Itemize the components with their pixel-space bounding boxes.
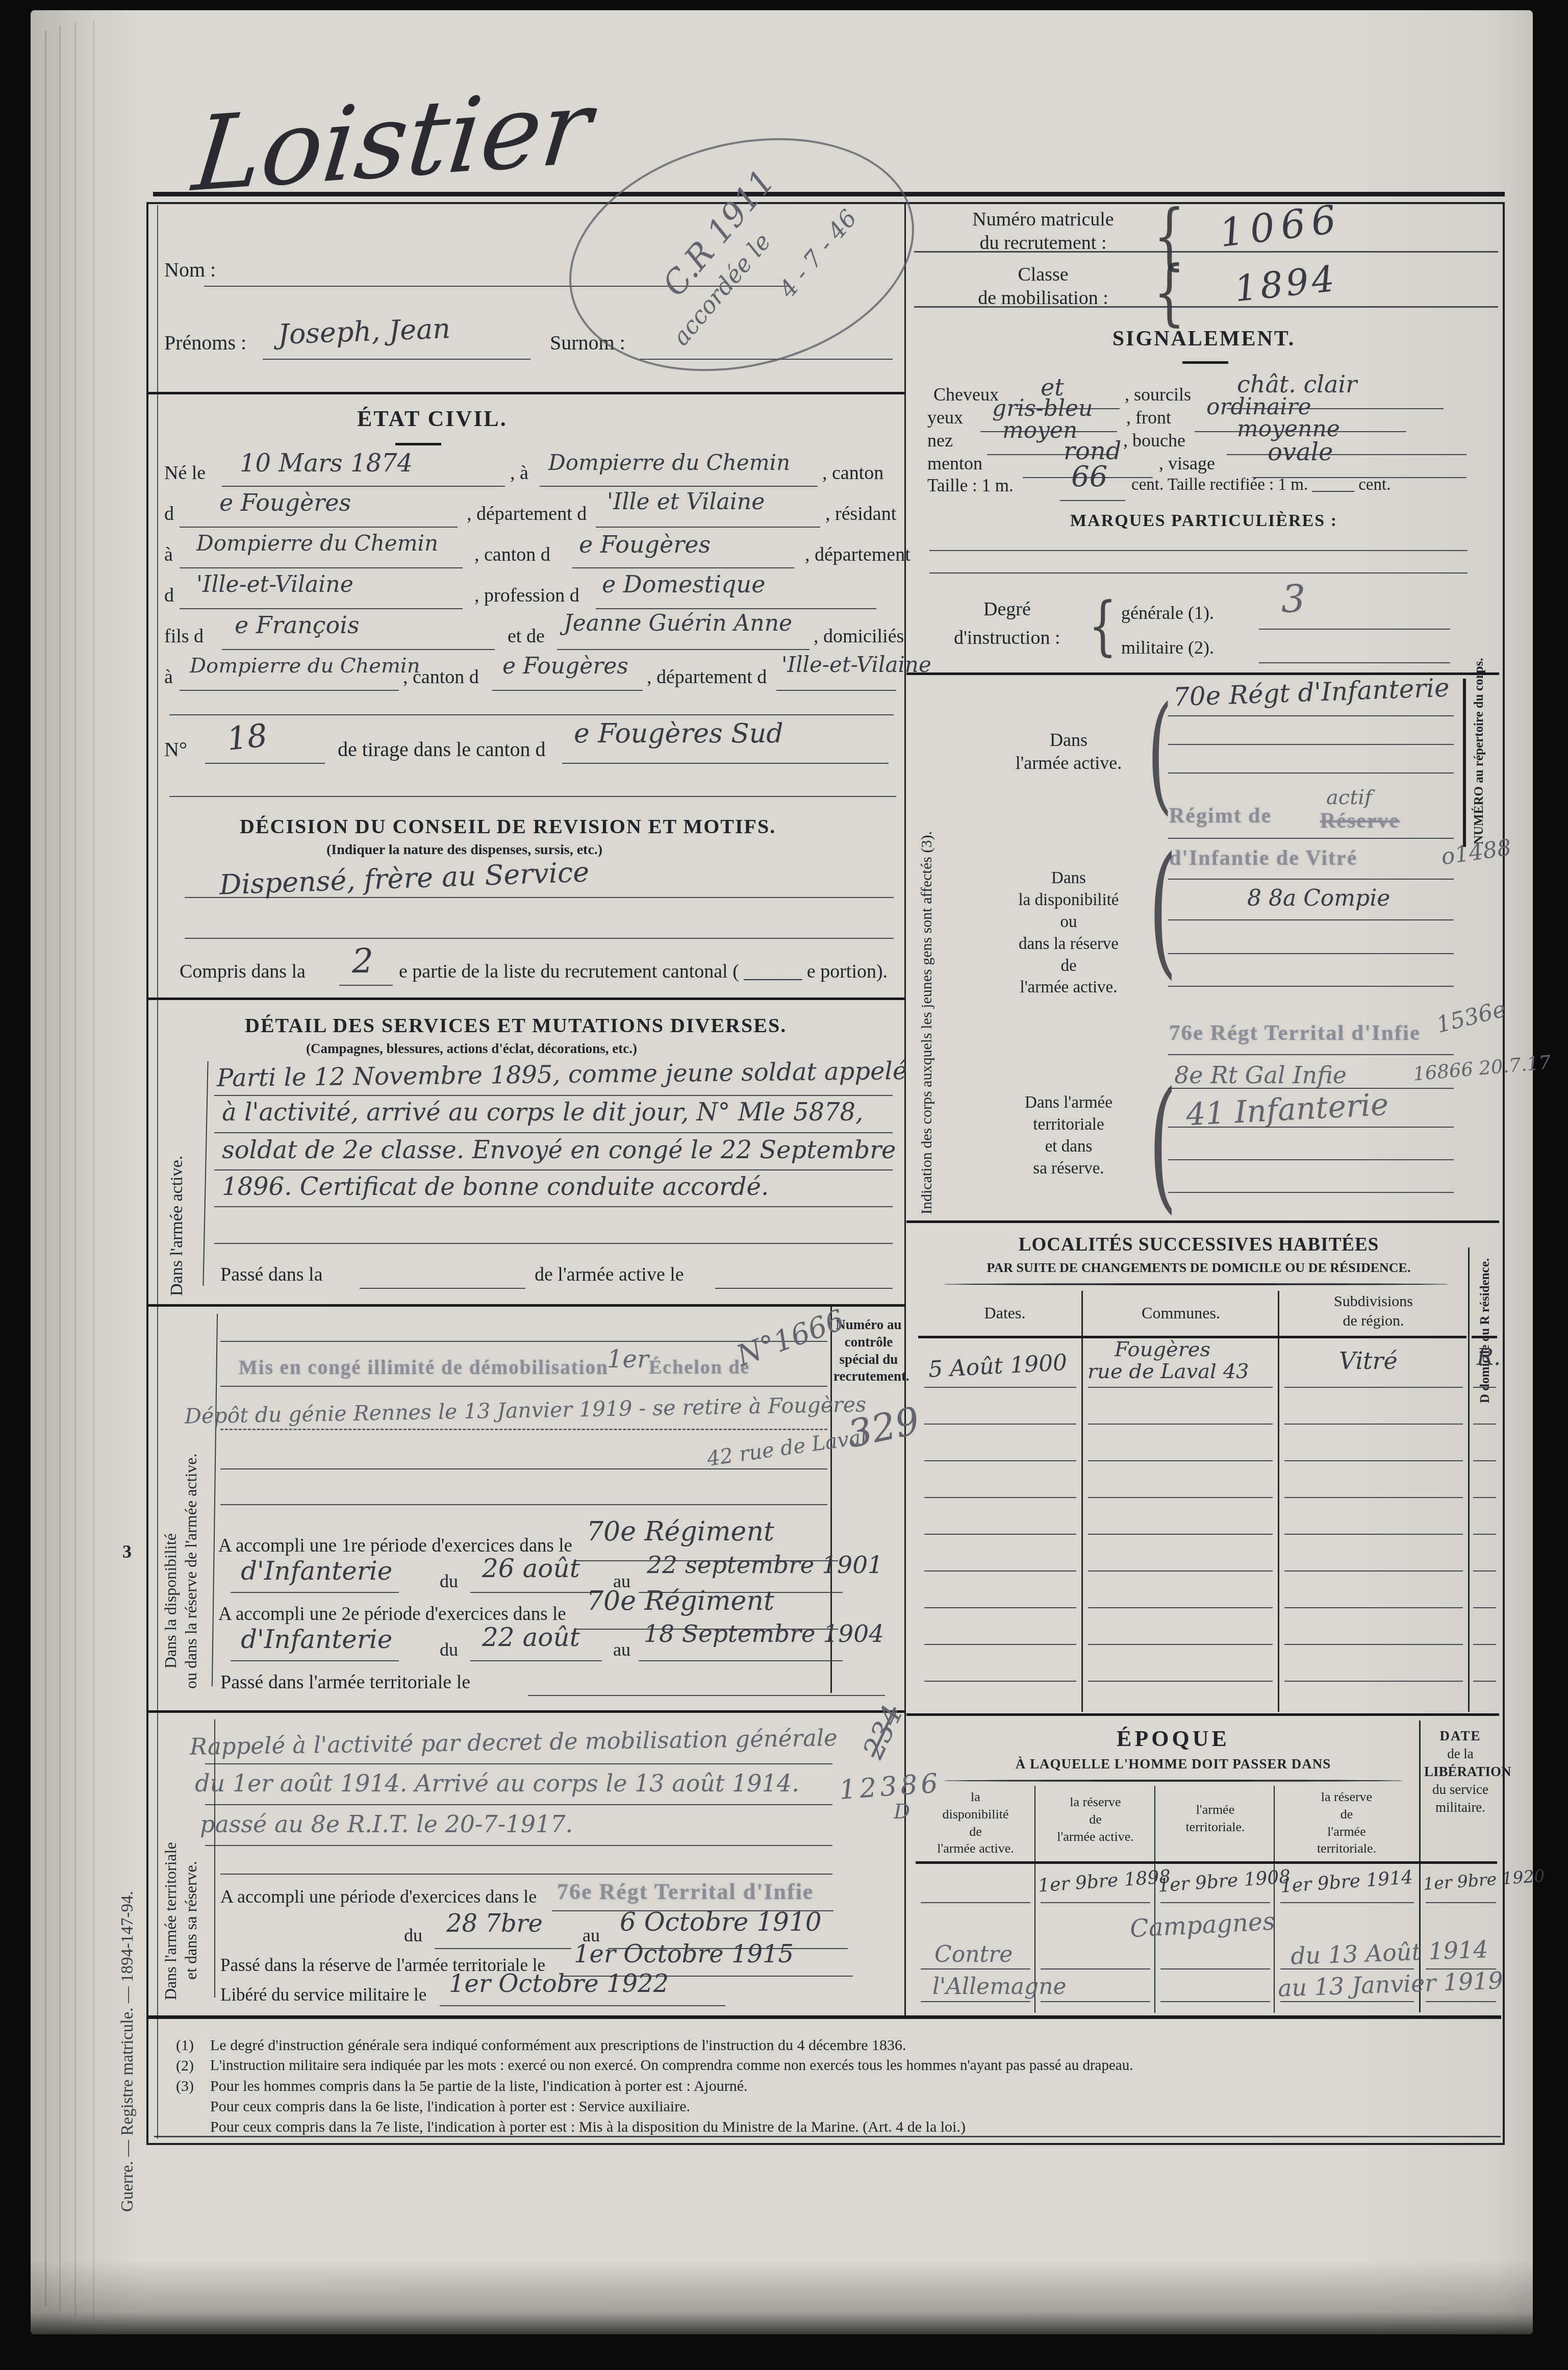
a-label: à xyxy=(164,666,173,688)
services-title: DÉTAIL DES SERVICES ET MUTATIONS DIVERSE… xyxy=(245,1013,787,1037)
rule xyxy=(924,1424,1076,1425)
rule xyxy=(1473,1570,1496,1571)
epoque-c1-l1: la xyxy=(971,1789,980,1804)
corps-dispo-l5: de xyxy=(1060,957,1076,975)
rule xyxy=(1168,1127,1454,1128)
degre-generale-label: générale (1). xyxy=(1121,602,1214,623)
rule xyxy=(180,567,463,568)
subdivisions-header: Subdivisions de région. xyxy=(1283,1292,1464,1330)
departement-value: 'Ille et Vilaine xyxy=(607,489,765,515)
col-line xyxy=(1274,1786,1275,2013)
rule xyxy=(929,572,1468,573)
rule xyxy=(1473,1424,1496,1425)
footnote-marker-2: (2) xyxy=(176,2057,194,2075)
rule xyxy=(1284,1534,1463,1535)
d-label: d xyxy=(164,584,174,607)
rule xyxy=(1088,1424,1273,1425)
periode2-label: A accompli une 2e période d'exercices da… xyxy=(218,1603,566,1625)
rule xyxy=(220,1504,827,1505)
rule xyxy=(1168,772,1454,774)
services-hand-3: soldat de 2e classe. Envoyé en congé le … xyxy=(222,1136,896,1164)
footnote-2: L'instruction militaire sera indiquée pa… xyxy=(210,2057,1133,2074)
corps-dispo-l6: l'armée active. xyxy=(1020,978,1118,996)
rule xyxy=(596,608,876,609)
canton-value: e Fougères xyxy=(502,653,628,679)
header-rule xyxy=(1472,1336,1497,1338)
echelon-hand-value: 1er xyxy=(607,1345,649,1374)
epoque-c2-l2: de xyxy=(1089,1812,1102,1827)
rule xyxy=(1280,1968,1414,1969)
rule xyxy=(1168,953,1454,954)
rule xyxy=(1284,1644,1463,1645)
corps-active-label-1: Dans xyxy=(1050,730,1088,750)
tirage-canton-label: de tirage dans le canton d xyxy=(338,737,546,761)
periode1-regiment-value: 70e Régiment xyxy=(587,1516,774,1547)
compris-label-2: e partie de la liste du recrutement cant… xyxy=(399,960,888,983)
inner-left-line xyxy=(157,205,158,2139)
rule xyxy=(222,649,495,650)
cheveux-label: Cheveux xyxy=(933,384,999,405)
rule xyxy=(929,550,1468,551)
subdivisions-header-2: de région. xyxy=(1343,1312,1404,1329)
compris-value: 2 xyxy=(352,941,373,981)
epoque-date-h4: du service xyxy=(1432,1782,1488,1797)
corps-active-brace: ( xyxy=(1147,679,1172,827)
footnote-3: Pour les hommes compris dans la 5e parti… xyxy=(210,2078,748,2095)
rule xyxy=(1168,1159,1454,1160)
rule xyxy=(924,1534,1076,1535)
numero-tirage-label: N° xyxy=(164,737,187,761)
epoque-col3-header: l'armée territoriale. xyxy=(1158,1801,1273,1836)
rule xyxy=(1160,2001,1270,2002)
rule xyxy=(1284,1570,1463,1571)
marques-label: MARQUES PARTICULIÈRES : xyxy=(1041,511,1367,531)
epoque-c2-l1: la réserve xyxy=(1070,1794,1121,1809)
rule xyxy=(924,1607,1076,1608)
rule xyxy=(1160,1968,1270,1969)
rule xyxy=(540,486,818,487)
corps-dispo-l4: dans la réserve xyxy=(1019,935,1119,953)
sourcils-label: , sourcils xyxy=(1125,384,1191,405)
rule xyxy=(1168,1054,1454,1055)
domicile-residence-header: D domicile ou R résidence. xyxy=(1478,1250,1493,1403)
rule xyxy=(205,1845,832,1846)
scanned-register-page: Guerre. — Registre matricule. — 1894-147… xyxy=(0,0,1568,2370)
rule xyxy=(1168,986,1454,987)
section-divider xyxy=(906,1220,1499,1223)
col-line xyxy=(1081,1291,1083,1712)
rule xyxy=(205,1763,832,1764)
regiment-reserve-stamp-1: Régimt de xyxy=(1169,804,1272,828)
arrive-corps-hand: du 1er août 1914. Arrivé au corps le 13 … xyxy=(195,1769,799,1797)
margin-bracket xyxy=(214,1719,215,1998)
epoque-date-h3: LIBÉRATION xyxy=(1424,1764,1511,1779)
services-hand-2: à l'activité, arrivé au corps le dit jou… xyxy=(222,1098,863,1127)
epoque-col1-header: la disponibilité de l'armée active. xyxy=(918,1788,1033,1857)
matricule-label: Numéro matricule du recrutement : xyxy=(944,208,1143,255)
rule xyxy=(470,1660,602,1661)
rule xyxy=(1426,1902,1496,1903)
passe-8rit-hand: passé au 8e R.I.T. le 20-7-1917. xyxy=(200,1810,573,1838)
dates-header: Dates. xyxy=(933,1304,1076,1323)
degre-militaire-label: militaire (2). xyxy=(1121,637,1214,658)
rule xyxy=(1168,879,1454,880)
rule xyxy=(921,1902,1030,1903)
localites-title: LOCALITÉS SUCCESSIVES HABITÉES xyxy=(984,1234,1413,1256)
passe-territoriale-label: Passé dans l'armée territoriale le xyxy=(220,1671,470,1693)
decision-title: DÉCISION DU CONSEIL DE REVISION ET MOTIF… xyxy=(240,814,776,838)
rule xyxy=(1041,1968,1150,1969)
epoque-c3-l2: territoriale. xyxy=(1185,1819,1245,1834)
menton-label: menton xyxy=(927,453,982,474)
epoque-c4-l3: l'armée xyxy=(1327,1824,1365,1839)
rule xyxy=(1473,1681,1496,1682)
yeux-label: yeux xyxy=(927,407,963,428)
rule xyxy=(1473,1387,1496,1388)
periode-terr-au-value: 6 Octobre 1910 xyxy=(620,1907,822,1937)
footnote-1: Le degré d'instruction générale sera ind… xyxy=(210,2037,906,2054)
epoque-title: ÉPOQUE xyxy=(1020,1726,1326,1752)
rule xyxy=(1473,1497,1496,1498)
rule xyxy=(220,1468,827,1469)
corps-dispo-l2: la disponibilité xyxy=(1018,891,1119,909)
spine-caption: Guerre. — Registre matricule. — 1894-147… xyxy=(118,1569,137,2212)
corps-terr-l1: Dans l'armée xyxy=(1025,1093,1112,1112)
etat-civil-title: ÉTAT CIVIL. xyxy=(357,406,508,432)
rule xyxy=(222,486,505,487)
rule xyxy=(924,1681,1076,1682)
periode2-regiment-value: 70e Régiment xyxy=(587,1586,774,1616)
campagne-contre-hand: Contre xyxy=(934,1941,1013,1967)
campagne-allemagne-hand: l'Allemagne xyxy=(932,1974,1067,2000)
periode2-au-value: 18 Septembre 1904 xyxy=(644,1620,884,1648)
regiment-territorial-stamp: 76e Régt Territal d'Infie xyxy=(1169,1020,1421,1045)
armee-active-le-label: de l'armée active le xyxy=(535,1263,684,1286)
rule xyxy=(263,359,530,360)
page-edge-line xyxy=(93,20,94,2319)
header-curve xyxy=(944,1780,1403,1782)
epoque-c1-l4: l'armée active. xyxy=(937,1841,1014,1856)
rule xyxy=(1041,1902,1150,1903)
rule xyxy=(924,1570,1076,1571)
nom-label: Nom : xyxy=(164,258,216,282)
rule xyxy=(180,608,463,609)
classe-label: Classe de mobilisation : xyxy=(944,263,1143,310)
father-value: e François xyxy=(235,611,360,639)
divider xyxy=(914,251,1498,253)
section-divider xyxy=(148,1710,904,1713)
col-line xyxy=(1419,1720,1421,2012)
rule xyxy=(1168,919,1454,920)
actif-hand-over: actif xyxy=(1326,786,1372,809)
classe-brace: { xyxy=(1153,251,1185,334)
periode2-infanterie-value: d'Infanterie xyxy=(241,1625,392,1654)
au-label: au xyxy=(613,1639,630,1660)
rule xyxy=(1284,1460,1463,1461)
bouche-label: , bouche xyxy=(1123,430,1185,451)
epoque-date-h2: de la xyxy=(1447,1746,1474,1761)
rule xyxy=(1284,1424,1463,1425)
residence-value: Dompierre du Chemin xyxy=(196,531,438,556)
compris-label: Compris dans la xyxy=(180,960,306,983)
periode1-au-value: 22 septembre 1901 xyxy=(647,1551,883,1579)
numero-corps-line xyxy=(1463,679,1466,847)
side-label-armee-active: Dans l'armée active. xyxy=(167,1082,187,1296)
periode-terr-du-value: 28 7bre xyxy=(446,1909,543,1938)
epoque-col2-header: la réserve de l'armée active. xyxy=(1038,1793,1153,1845)
rule xyxy=(1168,1192,1454,1193)
de-label: d xyxy=(164,503,174,525)
corps-terr-l4: sa réserve. xyxy=(1033,1159,1104,1178)
rule xyxy=(440,2005,725,2006)
rule xyxy=(562,763,889,764)
full-width-rule xyxy=(148,2015,1501,2019)
reserve-struck-stamp: Réserve xyxy=(1320,809,1400,833)
rule xyxy=(1088,1387,1273,1388)
epoque-c4-l2: de xyxy=(1341,1807,1353,1822)
corps-dispo-brace: ( xyxy=(1149,827,1177,993)
rule xyxy=(1168,838,1454,839)
decision-subtitle: (Indiquer la nature des dispenses, sursi… xyxy=(326,842,602,858)
epoque-date-h5: militaire. xyxy=(1435,1800,1485,1815)
rule xyxy=(572,567,794,568)
canton-value: e Fougères xyxy=(219,489,351,516)
rule xyxy=(1473,1644,1496,1645)
footnote-marker-3: (3) xyxy=(176,2078,194,2095)
header-rule xyxy=(916,1861,1497,1864)
taille-value: 66 xyxy=(1071,460,1107,493)
inner-bottom-line xyxy=(154,2136,1501,2137)
subdivisions-header-1: Subdivisions xyxy=(1334,1293,1413,1310)
du-label: du xyxy=(404,1925,422,1946)
title-tilde xyxy=(395,443,441,445)
et-de-label: et de xyxy=(508,625,545,647)
rule xyxy=(596,527,820,528)
col-line xyxy=(1154,1786,1155,2013)
degre-label-2: d'instruction : xyxy=(954,627,1060,649)
demobilisation-stamp: Mis en congé illimité de démobilisation xyxy=(239,1356,609,1379)
rule xyxy=(492,690,643,691)
side-label-dispo-2: ou dans la réserve de l'armée active. xyxy=(182,1332,200,1689)
page-edge-line xyxy=(74,23,76,2316)
epoque-subtitle: À LAQUELLE L'HOMME DOIT PASSER DANS xyxy=(944,1756,1403,1772)
fils-de-label: fils d xyxy=(164,625,204,647)
rule xyxy=(205,763,325,764)
column-divider xyxy=(904,204,906,2018)
rule xyxy=(1088,1607,1273,1608)
rule xyxy=(924,1644,1076,1645)
footnote-5: Pour ceux compris dans la 7e liste, l'in… xyxy=(210,2118,966,2136)
rule xyxy=(1473,1460,1496,1461)
rule xyxy=(214,1132,893,1133)
section-divider xyxy=(906,1713,1499,1716)
rule xyxy=(220,1874,832,1875)
8rt-hand: 8e Rt Gal Infie xyxy=(1174,1061,1347,1089)
rule xyxy=(360,1288,525,1289)
rule xyxy=(231,1660,399,1661)
rule xyxy=(639,1660,843,1661)
corps-terr-label: Dans l'armée territoriale et dans sa rés… xyxy=(997,1092,1140,1180)
mother-value: Jeanne Guérin Anne xyxy=(564,610,792,636)
rule xyxy=(1088,1497,1273,1498)
regiment-territorial-stamp: 76e Régt Territal d'Infie xyxy=(557,1879,814,1905)
corps-active-label: Dans l'armée active. xyxy=(997,729,1140,775)
rule xyxy=(1160,1902,1270,1903)
rule-dashed xyxy=(220,1429,827,1430)
residant-label: , résidant xyxy=(825,503,896,525)
rule xyxy=(1280,2001,1414,2002)
corps-terr-brace: ( xyxy=(1149,1061,1177,1228)
localites-subtitle: PAR SUITE DE CHANGEMENTS DE DOMICILE OU … xyxy=(984,1260,1413,1276)
signalement-title: SIGNALEMENT. xyxy=(1071,327,1336,351)
commune-value-1: Fougères xyxy=(1115,1338,1210,1361)
ne-le-label: Né le xyxy=(164,462,206,484)
rule xyxy=(1280,1902,1414,1903)
corps-active-label-2: l'armée active. xyxy=(1016,753,1122,773)
rule xyxy=(169,714,894,715)
spine-caption-number: 3 xyxy=(122,1541,132,1562)
rule xyxy=(924,1497,1076,1498)
rule xyxy=(1284,1387,1463,1388)
rule xyxy=(776,690,896,691)
rule xyxy=(557,649,810,650)
canton-de-label: , canton d xyxy=(403,666,479,688)
side-label-corps: Indication des corps auxquels les jeunes… xyxy=(918,684,935,1214)
periode1-infanterie-value: d'Infanterie xyxy=(241,1556,392,1586)
corps-dispo-l1: Dans xyxy=(1051,869,1086,887)
prenoms-label: Prénoms : xyxy=(164,331,246,355)
rule xyxy=(528,1695,885,1696)
rule xyxy=(1426,1968,1496,1969)
taille-label: Taille : 1 m. xyxy=(927,476,1014,496)
dr-value: R. xyxy=(1477,1344,1501,1370)
classe-label-2: de mobilisation : xyxy=(978,287,1108,309)
title-tilde xyxy=(1182,361,1228,364)
rule xyxy=(1168,1088,1454,1089)
rule xyxy=(1284,1607,1463,1608)
rule xyxy=(1088,1644,1273,1645)
rule xyxy=(1088,1681,1273,1682)
section-divider xyxy=(148,392,904,394)
departement-label: , département xyxy=(805,543,911,566)
rule xyxy=(435,1948,571,1949)
corps-terr-l2: territoriale xyxy=(1033,1115,1104,1134)
rule xyxy=(1088,1460,1273,1461)
rule xyxy=(1284,1681,1463,1682)
canton-label: , canton xyxy=(822,462,883,484)
rule xyxy=(339,985,393,986)
rule xyxy=(1168,744,1454,745)
rule xyxy=(231,1592,399,1593)
compagnie-hand: 8 8a Compie xyxy=(1247,885,1390,911)
epoque-col4-header: la réserve de l'armée territoriale. xyxy=(1278,1788,1415,1857)
matricule-label-2: du recrutement : xyxy=(979,232,1106,254)
header-curve xyxy=(944,1283,1449,1285)
echelon-stamp: Échelon de xyxy=(649,1356,750,1379)
passe-label: Passé dans la xyxy=(220,1263,323,1286)
birth-place-value: Dompierre du Chemin xyxy=(548,450,790,475)
rule xyxy=(1041,2001,1150,2002)
taille-rectifiee-label: cent. Taille rectifiée : 1 m. _____ cent… xyxy=(1131,476,1390,494)
prenoms-value: Joseph, Jean xyxy=(277,312,451,351)
rule xyxy=(715,1288,893,1289)
nez-label: nez xyxy=(927,430,953,451)
footnote-marker-1: (1) xyxy=(176,2037,194,2054)
departement-value: 'Ille-et-Vilaine xyxy=(196,571,353,597)
periode-terr-label: A accompli une période d'exercices dans … xyxy=(220,1886,537,1907)
epoque-c1-l3: de xyxy=(969,1824,982,1839)
numero-12386-suffix: D xyxy=(894,1800,910,1824)
canton-de-label: , canton d xyxy=(474,543,550,566)
a-label: à xyxy=(164,543,173,566)
du-label: du xyxy=(440,1639,458,1660)
rule xyxy=(1060,500,1125,501)
epoque-c3-l1: l'armée xyxy=(1196,1802,1234,1817)
departement-label: , département d xyxy=(467,503,587,525)
rule xyxy=(1284,1497,1463,1498)
corps-dispo-l3: ou xyxy=(1060,913,1077,931)
rule xyxy=(180,527,458,528)
page-edge-line xyxy=(45,31,46,2306)
regiment-reserve-stamp-2: d'Infantie de Vitré xyxy=(1169,846,1357,870)
profession-value: e Domestique xyxy=(602,570,765,598)
libere-label: Libéré du service militaire le xyxy=(220,1985,426,2005)
page-edge-line xyxy=(59,26,61,2311)
rule xyxy=(470,1592,602,1593)
side-label-terr-1: Dans l'armée territoriale xyxy=(161,1735,180,2000)
periode1-du-value: 26 août xyxy=(482,1554,580,1583)
side-label-dispo-1: Dans la disponibilité xyxy=(161,1352,180,1668)
rule xyxy=(1426,2001,1496,2002)
epoque-c4-l1: la réserve xyxy=(1321,1789,1372,1804)
departement-label: , département d xyxy=(647,666,767,688)
rule xyxy=(214,1095,893,1096)
degre-label-1: Degré xyxy=(983,598,1031,620)
section-divider xyxy=(148,997,904,1000)
visage-label: , visage xyxy=(1159,453,1215,474)
classe-label-1: Classe xyxy=(1018,264,1068,285)
rule xyxy=(205,1804,832,1805)
bottom-shadow xyxy=(31,2260,1533,2334)
epoque-date-h1: DATE xyxy=(1439,1728,1481,1743)
periode2-du-value: 22 août xyxy=(482,1623,580,1652)
degre-generale-value: 3 xyxy=(1281,578,1305,621)
birth-date-value: 10 Mars 1874 xyxy=(240,449,413,478)
rule xyxy=(214,1169,893,1170)
tirage-canton-value: e Fougères Sud xyxy=(574,718,783,749)
canton-value: e Fougères xyxy=(579,531,711,558)
rule xyxy=(214,1243,893,1244)
numero-repertoire-label: NUMÉRO au répertoire du corps. xyxy=(1472,681,1486,844)
rule xyxy=(220,1386,827,1387)
corps-terr-l3: et dans xyxy=(1045,1137,1093,1156)
rule xyxy=(924,1387,1076,1388)
rule xyxy=(180,690,399,691)
rule xyxy=(185,897,894,898)
subdivision-value: Vitré xyxy=(1339,1347,1398,1375)
rule xyxy=(1259,662,1450,663)
rule xyxy=(1227,454,1466,455)
du-label: du xyxy=(440,1570,458,1592)
numero-tirage-value: 18 xyxy=(225,716,269,758)
matricule-label-1: Numéro matricule xyxy=(972,209,1114,230)
epoque-c2-l3: l'armée active. xyxy=(1057,1829,1133,1844)
rule xyxy=(1088,1570,1273,1571)
passe-reserve-terr-value: 1er Octobre 1915 xyxy=(574,1940,794,1968)
rule xyxy=(169,796,896,797)
rule xyxy=(921,2001,1030,2002)
rule xyxy=(1168,715,1454,716)
